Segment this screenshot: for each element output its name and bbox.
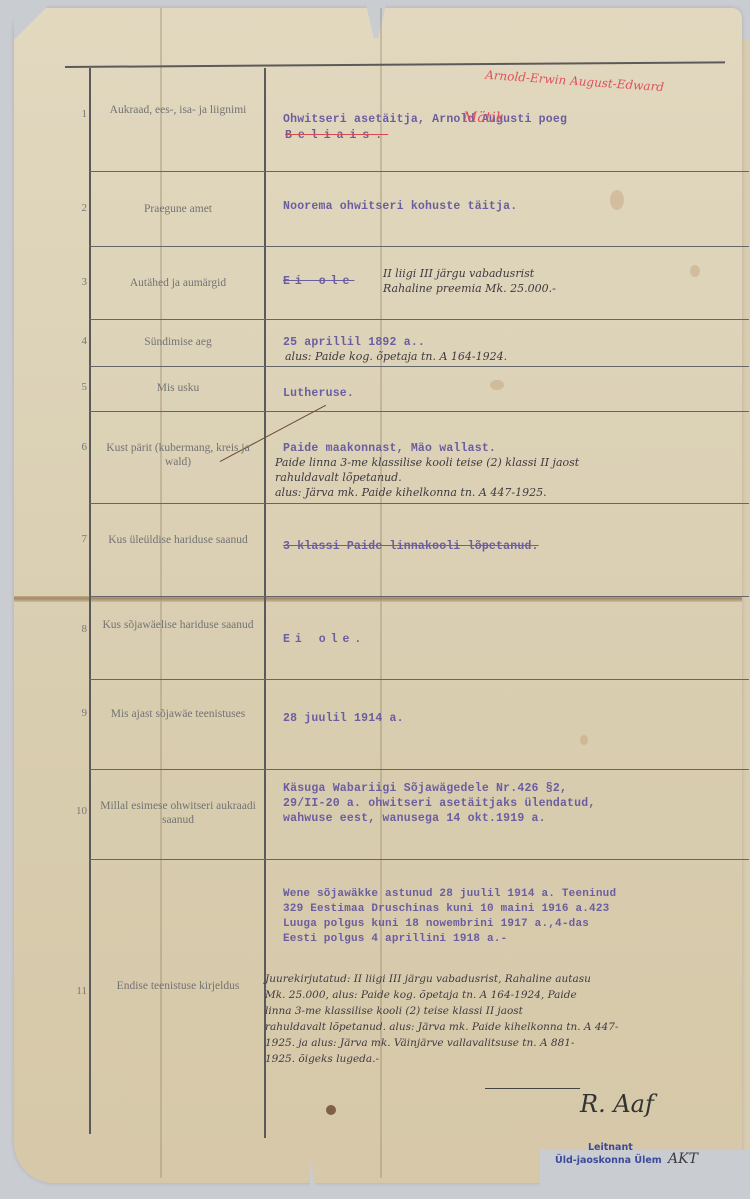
stamp-handwritten: AKT bbox=[668, 1152, 698, 1167]
typed-struck-entry: Beliais. bbox=[285, 128, 388, 143]
form-row-6: 6 Kust pärit (kubermang, kreis ja wald) … bbox=[65, 411, 750, 503]
row-number: 2 bbox=[65, 202, 87, 214]
form-row-3: 3 Autähed ja aumärgid Ei ole II liigi II… bbox=[65, 246, 750, 319]
row-label: Kust pärit (kubermang, kreis ja wald) bbox=[93, 441, 263, 469]
stamp-title: Üld-jaoskonna Ülem bbox=[555, 1155, 662, 1167]
typed-entry: Wene sõjawäkke astunud 28 juulil 1914 a.… bbox=[283, 887, 616, 947]
row-number: 5 bbox=[65, 381, 87, 393]
row-number: 3 bbox=[65, 276, 87, 288]
row-label: Mis usku bbox=[93, 381, 263, 395]
row-label: Autähed ja aumärgid bbox=[93, 276, 263, 290]
row-number: 6 bbox=[65, 441, 87, 453]
typed-entry: Noorema ohwitseri kohuste täitja. bbox=[283, 199, 517, 214]
row-label: Kus sõjawäelise hariduse saanud bbox=[93, 618, 263, 632]
typed-entry: Paide maakonnast, Mäo wallast. bbox=[283, 441, 496, 456]
form-row-4: 4 Sündimise aeg 25 aprillil 1892 a.. alu… bbox=[65, 319, 750, 366]
row-label: Kus üleüldise hariduse saanud bbox=[93, 533, 263, 547]
row-number: 9 bbox=[65, 707, 87, 719]
row-number: 8 bbox=[65, 623, 87, 635]
row-number: 7 bbox=[65, 533, 87, 545]
typed-entry: Lutheruse. bbox=[283, 386, 354, 401]
form-row-5: 5 Mis usku Lutheruse. bbox=[65, 366, 750, 411]
handwritten-entry: II liigi III järgu vabadusrist Rahaline … bbox=[383, 266, 556, 296]
form-row-2: 2 Praegune amet Noorema ohwitseri kohust… bbox=[65, 171, 750, 246]
row-label: Praegune amet bbox=[93, 202, 263, 216]
row-label: Mis ajast sõjawäe teenistuses bbox=[93, 707, 263, 721]
typed-struck-entry: Ei ole bbox=[283, 274, 354, 289]
row-label: Sündimise aeg bbox=[93, 335, 263, 349]
row-number: 4 bbox=[65, 335, 87, 347]
row-number: 1 bbox=[65, 108, 87, 120]
stamp-rank: Leitnant bbox=[588, 1142, 633, 1154]
form-row-10: 10 Millal esimese ohwitseri aukraadi saa… bbox=[65, 769, 750, 859]
typed-entry: 25 aprillil 1892 a.. bbox=[283, 335, 425, 350]
typed-struck-entry: 3 klassi Paide linnakooli lõpetanud. bbox=[283, 539, 539, 554]
form-row-9: 9 Mis ajast sõjawäe teenistuses 28 juuli… bbox=[65, 679, 750, 769]
typed-entry: Ohwitseri asetäitja, Arnold Augusti poeg bbox=[283, 112, 567, 127]
signature-line bbox=[485, 1088, 580, 1089]
form-row-1: 1 Aukraad, ees-, isa- ja liignimi Ohwits… bbox=[65, 66, 750, 171]
row-number: 11 bbox=[65, 985, 87, 997]
handwritten-entry: alus: Paide kog. õpetaja tn. A 164-1924. bbox=[285, 349, 507, 364]
row-label: Aukraad, ees-, isa- ja liignimi bbox=[93, 103, 263, 117]
form-row-8: 8 Kus sõjawäelise hariduse saanud Ei ole… bbox=[65, 596, 750, 679]
typed-entry: 28 juulil 1914 a. bbox=[283, 711, 404, 726]
row-label: Endise teenistuse kirjeldus bbox=[93, 979, 263, 993]
typed-entry: Käsuga Wabariigi Sõjawägedele Nr.426 §2,… bbox=[283, 781, 595, 826]
row-number: 10 bbox=[65, 805, 87, 817]
handwritten-entry: Juurekirjutatud: II liigi III järgu vaba… bbox=[265, 971, 618, 1067]
row-label: Millal esimese ohwitseri aukraadi saanud bbox=[93, 799, 263, 827]
typed-entry: Ei ole. bbox=[283, 632, 366, 647]
handwritten-entry: Paide linna 3-me klassilise kooli teise … bbox=[275, 455, 579, 500]
signature: R. Aaf bbox=[580, 1090, 654, 1118]
form-table: 1 Aukraad, ees-, isa- ja liignimi Ohwits… bbox=[65, 66, 750, 1146]
red-annotation: Mätik bbox=[463, 110, 504, 126]
form-row-7: 7 Kus üleüldise hariduse saanud 3 klassi… bbox=[65, 503, 750, 596]
red-annotation: Arnold-Erwin August-Edward bbox=[485, 68, 665, 94]
